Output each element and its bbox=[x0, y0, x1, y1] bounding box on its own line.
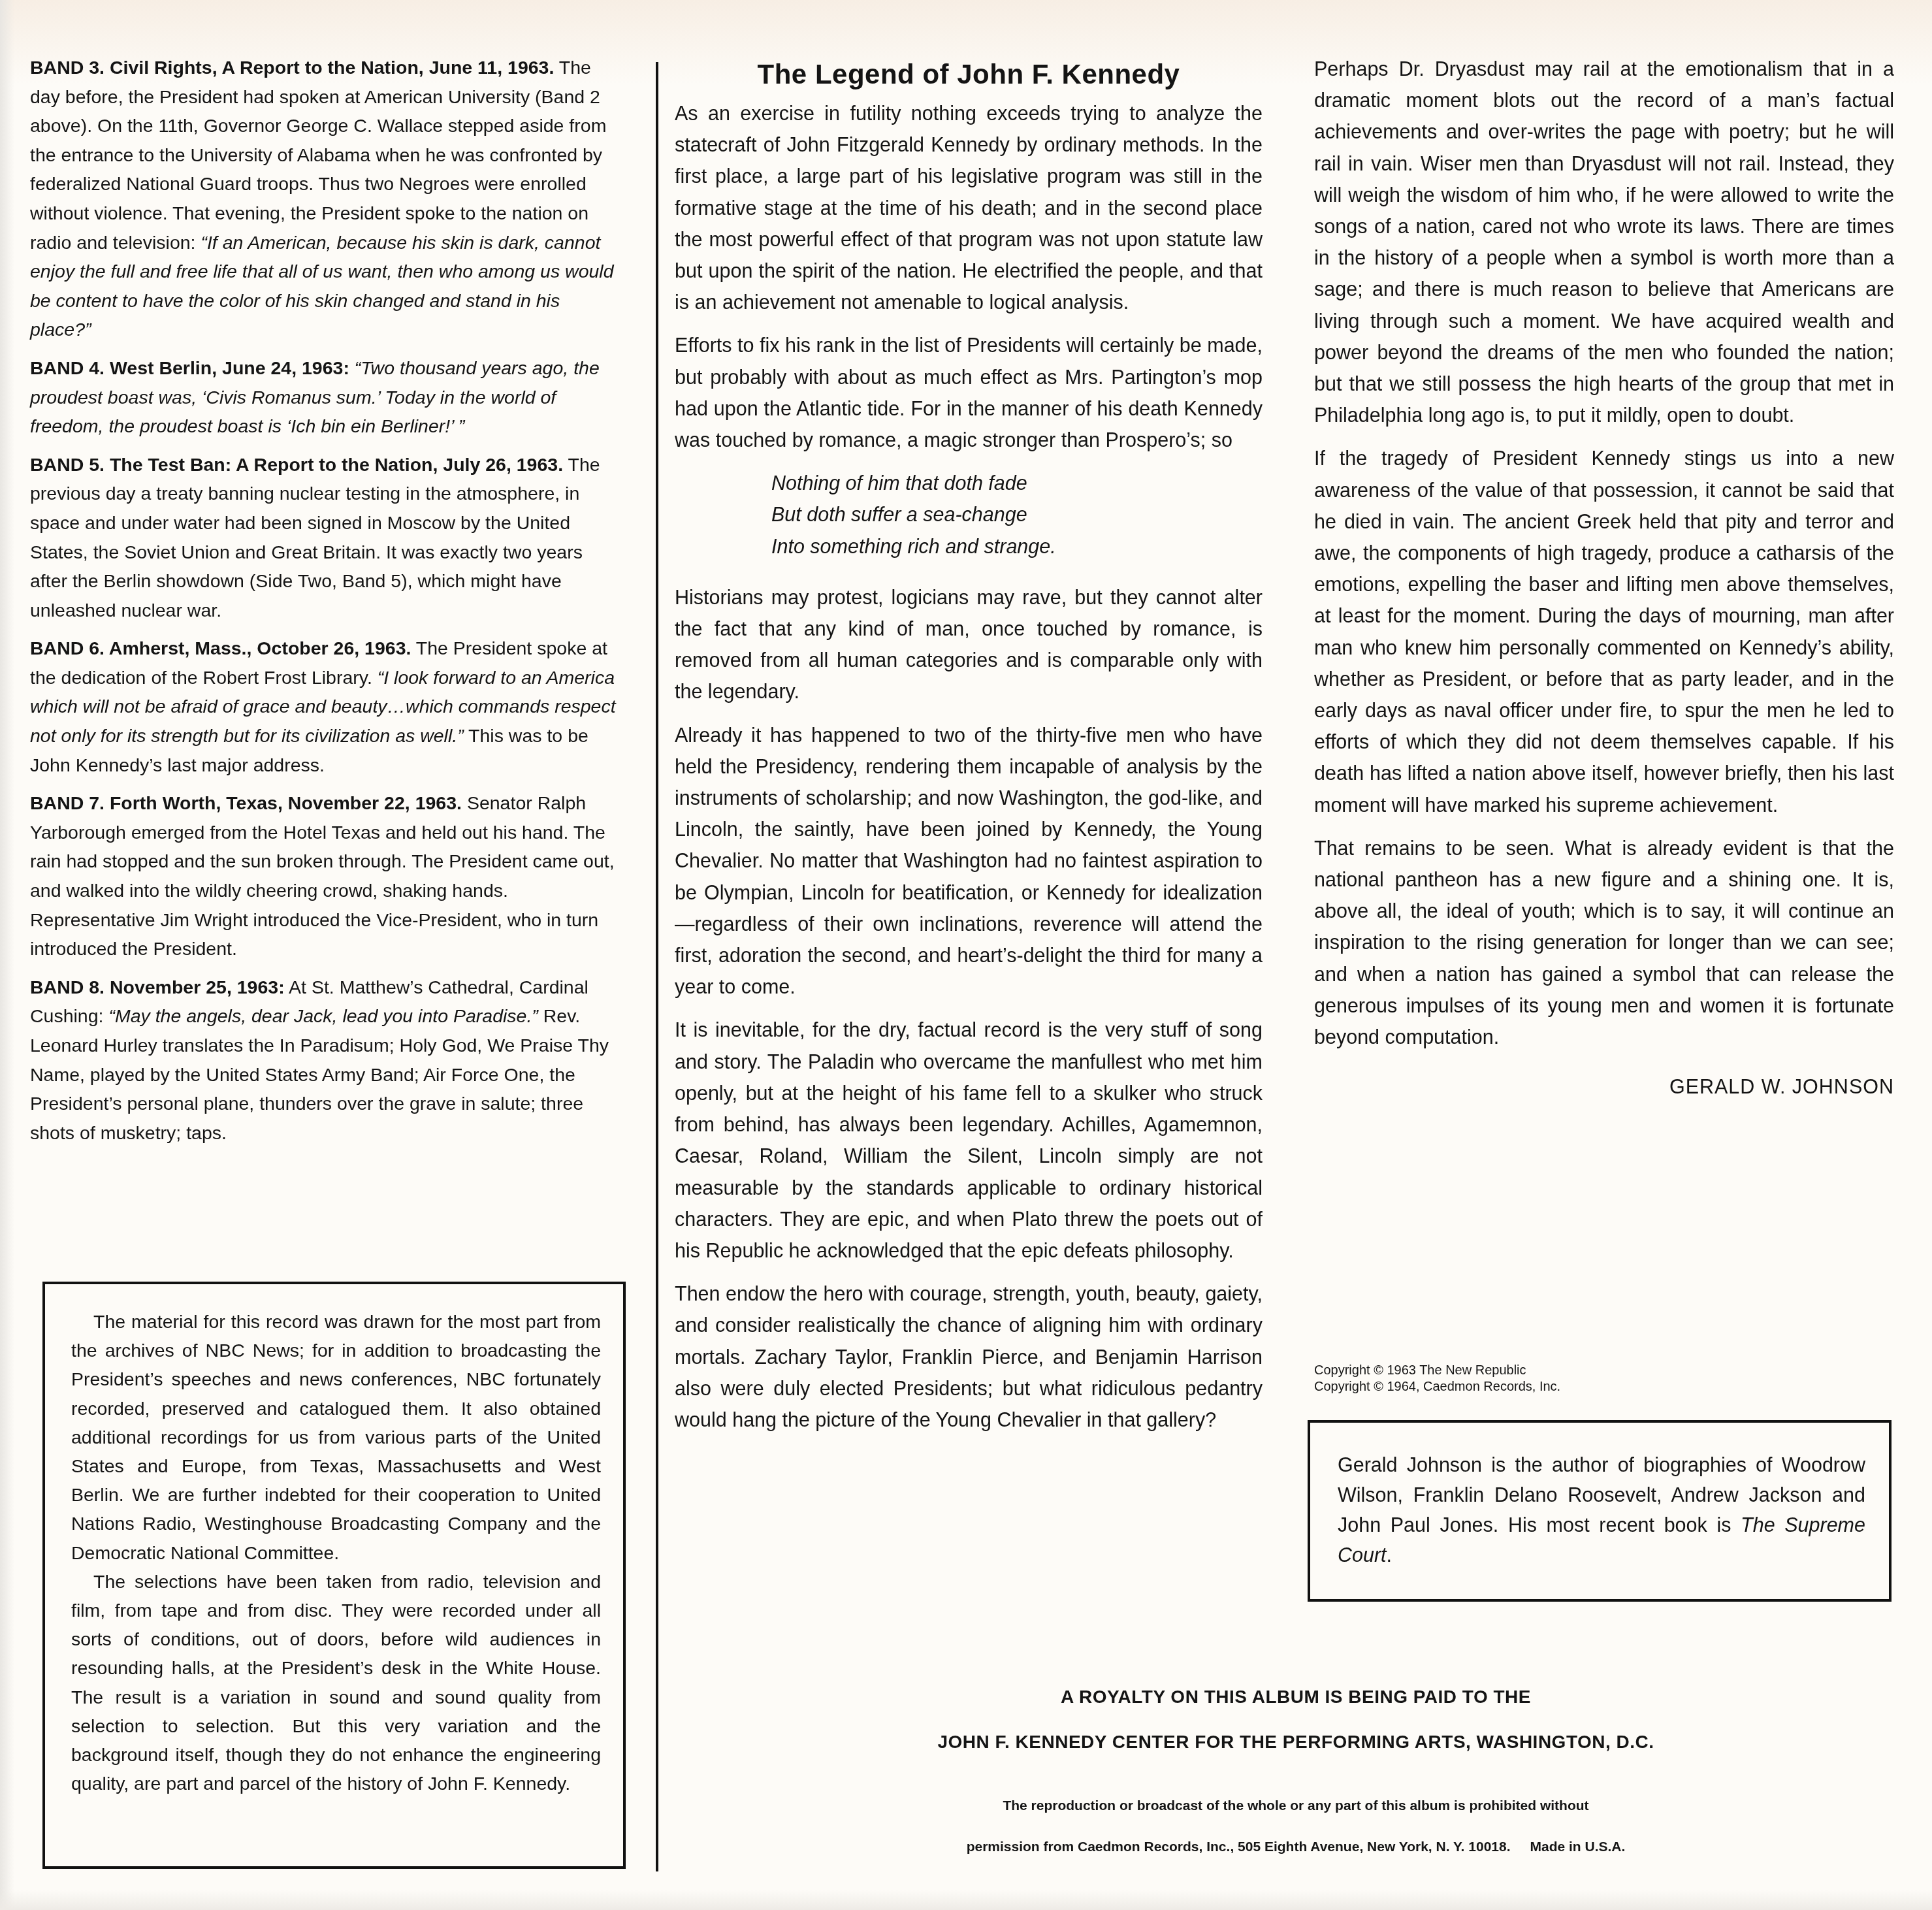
author-bio: Gerald Johnson is the author of biograph… bbox=[1338, 1450, 1865, 1570]
column-divider bbox=[656, 62, 658, 1871]
made-in-label: Made in U.S.A. bbox=[1530, 1839, 1626, 1854]
essay-paragraph: Already it has happened to two of the th… bbox=[675, 720, 1263, 1003]
verse-quote: Nothing of him that doth fade But doth s… bbox=[771, 468, 1263, 562]
legal-notice-line1: The reproduction or broadcast of the who… bbox=[660, 1798, 1932, 1814]
sources-paragraph: The material for this record was drawn f… bbox=[71, 1308, 601, 1568]
sources-paragraph: The selections have been taken from radi… bbox=[71, 1568, 601, 1799]
author-bio-box: Gerald Johnson is the author of biograph… bbox=[1308, 1420, 1892, 1602]
recording-sources-box: The material for this record was drawn f… bbox=[42, 1282, 626, 1869]
author-signature: GERALD W. JOHNSON bbox=[1314, 1071, 1894, 1103]
band-heading: BAND 4. West Berlin, June 24, 1963: bbox=[30, 358, 349, 379]
essay-title: The Legend of John F. Kennedy bbox=[675, 56, 1263, 93]
essay-column-middle: The Legend of John F. Kennedy As an exer… bbox=[675, 54, 1263, 1448]
essay-column-right: Perhaps Dr. Dryasdust may rail at the em… bbox=[1314, 54, 1894, 1103]
publisher-address: permission from Caedmon Records, Inc., 5… bbox=[967, 1839, 1511, 1854]
legal-notice-line2: permission from Caedmon Records, Inc., 5… bbox=[660, 1839, 1932, 1855]
essay-paragraph: As an exercise in futility nothing excee… bbox=[675, 98, 1263, 318]
band-8-note: BAND 8. November 25, 1963: At St. Matthe… bbox=[30, 973, 621, 1148]
author-bio-end: . bbox=[1387, 1544, 1392, 1566]
copyright-notice: Copyright © 1963 The New Republic Copyri… bbox=[1314, 1363, 1560, 1395]
verse-line: But doth suffer a sea-change bbox=[771, 499, 1263, 530]
essay-paragraph: It is inevitable, for the dry, factual r… bbox=[675, 1014, 1263, 1267]
essay-paragraph: Perhaps Dr. Dryasdust may rail at the em… bbox=[1314, 54, 1894, 431]
band-6-note: BAND 6. Amherst, Mass., October 26, 1963… bbox=[30, 634, 621, 780]
band-heading: BAND 3. Civil Rights, A Report to the Na… bbox=[30, 57, 554, 78]
royalty-notice-line2: JOHN F. KENNEDY CENTER FOR THE PERFORMIN… bbox=[660, 1732, 1932, 1753]
band-5-note: BAND 5. The Test Ban: A Report to the Na… bbox=[30, 451, 621, 626]
band-heading: BAND 6. Amherst, Mass., October 26, 1963… bbox=[30, 638, 411, 659]
band-heading: BAND 8. November 25, 1963: bbox=[30, 977, 285, 998]
band-text: The day before, the President had spoken… bbox=[30, 57, 606, 253]
essay-paragraph: Efforts to fix his rank in the list of P… bbox=[675, 330, 1263, 456]
paper-left-edge bbox=[0, 0, 14, 1910]
band-heading: BAND 5. The Test Ban: A Report to the Na… bbox=[30, 455, 563, 476]
copyright-line: Copyright © 1964, Caedmon Records, Inc. bbox=[1314, 1379, 1560, 1395]
band-text: Senator Ralph Yarborough emerged from th… bbox=[30, 793, 615, 960]
band-7-note: BAND 7. Forth Worth, Texas, November 22,… bbox=[30, 789, 621, 964]
essay-paragraph: Historians may protest, logicians may ra… bbox=[675, 582, 1263, 708]
band-4-note: BAND 4. West Berlin, June 24, 1963: “Two… bbox=[30, 354, 621, 442]
band-notes-column: BAND 3. Civil Rights, A Report to the Na… bbox=[30, 54, 621, 1157]
copyright-line: Copyright © 1963 The New Republic bbox=[1314, 1363, 1560, 1379]
verse-line: Into something rich and strange. bbox=[771, 531, 1263, 562]
band-heading: BAND 7. Forth Worth, Texas, November 22,… bbox=[30, 793, 462, 814]
verse-line: Nothing of him that doth fade bbox=[771, 468, 1263, 499]
band-3-note: BAND 3. Civil Rights, A Report to the Na… bbox=[30, 54, 621, 345]
royalty-notice-line1: A ROYALTY ON THIS ALBUM IS BEING PAID TO… bbox=[660, 1687, 1932, 1708]
essay-paragraph: Then endow the hero with courage, streng… bbox=[675, 1278, 1263, 1436]
paper-bottom-edge bbox=[0, 1890, 1932, 1910]
band-text: The previous day a treaty banning nuclea… bbox=[30, 455, 600, 621]
essay-paragraph: If the tragedy of President Kennedy stin… bbox=[1314, 443, 1894, 820]
essay-paragraph: That remains to be seen. What is already… bbox=[1314, 833, 1894, 1053]
band-quote: “May the angels, dear Jack, lead you int… bbox=[108, 1006, 538, 1027]
